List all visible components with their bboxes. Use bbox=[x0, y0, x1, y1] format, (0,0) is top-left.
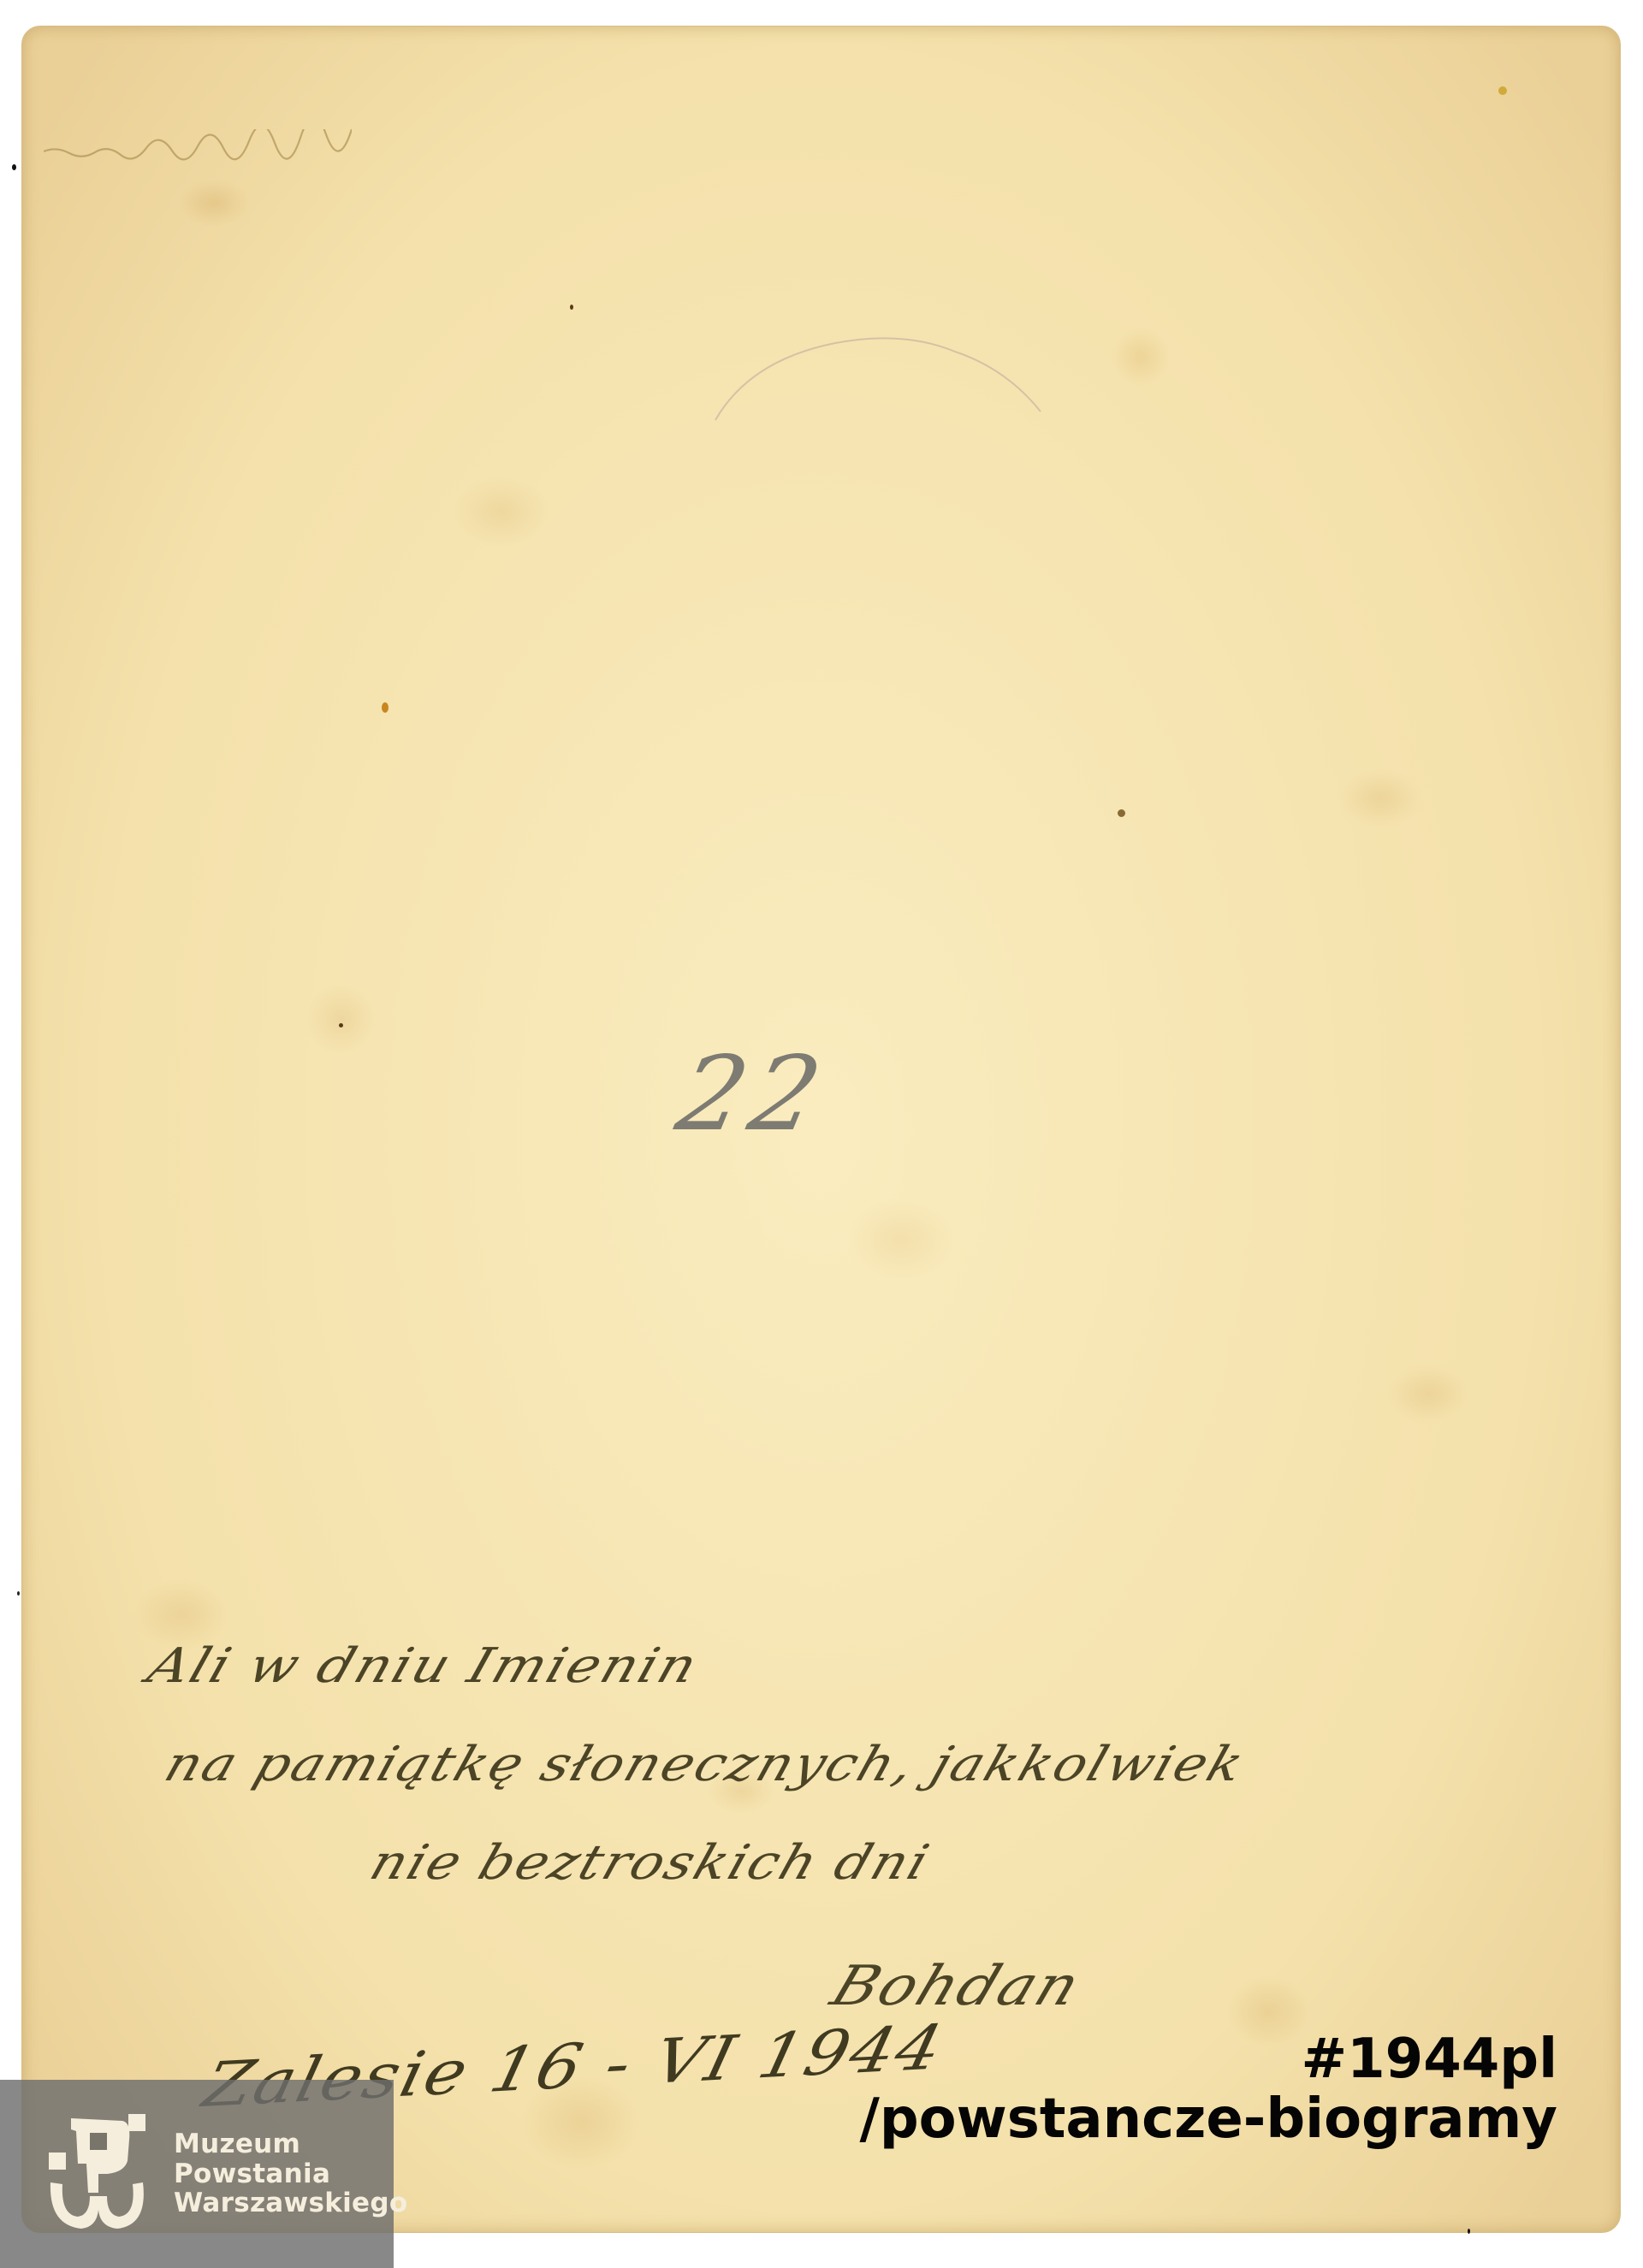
faint-arc-stain bbox=[698, 326, 1058, 429]
museum-logo: Muzeum Powstania Warszawskiego bbox=[0, 2080, 394, 2268]
watermark-path: /powstancze-biogramy bbox=[859, 2092, 1557, 2147]
pencil-archive-number: 22 bbox=[667, 1035, 837, 1154]
foxing-spot bbox=[1118, 809, 1125, 817]
dedication-line-2: na pamiątkę słonecznych, jakkolwiek bbox=[157, 1737, 1252, 1792]
photo-card-back bbox=[21, 26, 1621, 2233]
museum-name-line-2: Powstania bbox=[174, 2159, 407, 2189]
foxing-spot bbox=[339, 1023, 343, 1027]
museum-name-line-3: Warszawskiego bbox=[174, 2188, 407, 2218]
foxing-spot bbox=[570, 305, 573, 310]
dedication-line-1: Ali w dniu Imienin bbox=[140, 1638, 705, 1694]
museum-name-line-1: Muzeum bbox=[174, 2129, 407, 2159]
scan-dot bbox=[1468, 2229, 1470, 2234]
museum-name: Muzeum Powstania Warszawskiego bbox=[174, 2129, 407, 2218]
dedication-line-3: nie beztroskich dni bbox=[363, 1835, 937, 1891]
foxing-spot bbox=[1498, 86, 1507, 95]
signature: Bohdan bbox=[823, 1955, 1090, 2018]
kotwica-icon bbox=[47, 2114, 150, 2234]
watermark-hashtag: #1944pl bbox=[1302, 2032, 1558, 2087]
water-stain-line bbox=[44, 129, 352, 163]
foxing-spot bbox=[382, 702, 389, 713]
scan-dot bbox=[17, 1591, 20, 1596]
scan-dot bbox=[12, 164, 16, 170]
